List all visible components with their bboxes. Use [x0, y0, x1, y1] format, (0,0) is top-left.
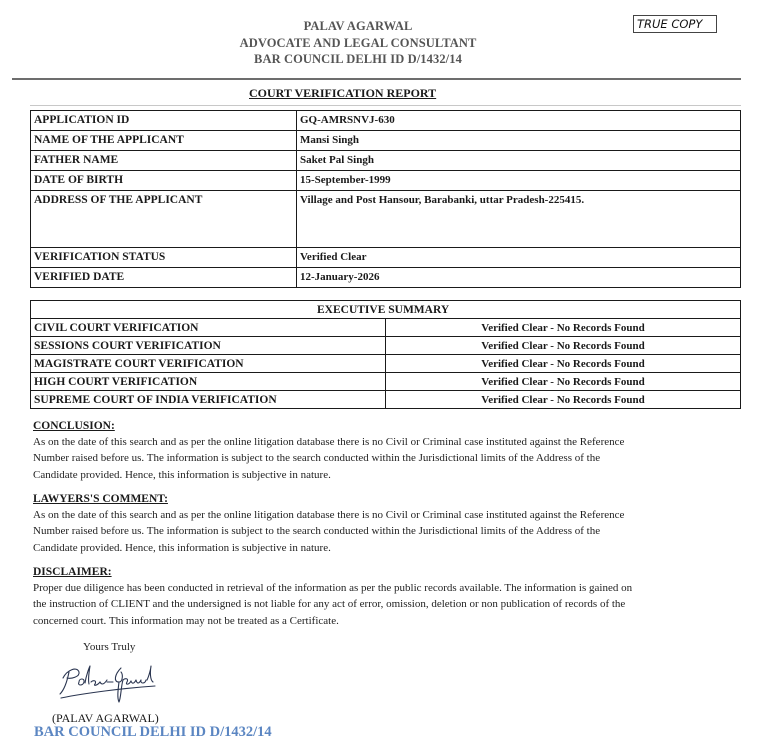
father-name-value: Saket Pal Singh: [297, 151, 741, 171]
lawyers-comment-line: As on the date of this search and as per…: [33, 507, 733, 523]
lawyers-comment-body: As on the date of this search and as per…: [33, 507, 733, 556]
verified-date-label: VERIFIED DATE: [31, 268, 297, 288]
table-row: SUPREME COURT OF INDIA VERIFICATION Veri…: [31, 391, 741, 409]
table-row: DATE OF BIRTH 15-September-1999: [31, 171, 741, 191]
lawyers-comment-line: Candidate provided. Hence, this informat…: [33, 540, 733, 556]
signature-icon: [55, 660, 160, 708]
disclaimer-body: Proper due diligence has been conducted …: [33, 580, 733, 629]
verified-date-value: 12-January-2026: [297, 268, 741, 288]
table-row: FATHER NAME Saket Pal Singh: [31, 151, 741, 171]
header-divider: [12, 78, 741, 80]
high-court-result: Verified Clear - No Records Found: [386, 373, 741, 391]
verification-status-label: VERIFICATION STATUS: [31, 248, 297, 268]
civil-court-result: Verified Clear - No Records Found: [386, 319, 741, 337]
lawyers-comment-heading: LAWYERS'S COMMENT:: [33, 492, 733, 507]
advocate-name: PALAV AGARWAL: [200, 18, 516, 35]
executive-summary-table: EXECUTIVE SUMMARY CIVIL COURT VERIFICATI…: [30, 300, 741, 409]
applicant-name-value: Mansi Singh: [297, 131, 741, 151]
disclaimer-line: concerned court. This information may no…: [33, 613, 733, 629]
applicant-name-label: NAME OF THE APPLICANT: [31, 131, 297, 151]
table-header-row: EXECUTIVE SUMMARY: [31, 301, 741, 319]
signatory-bar-id: BAR COUNCIL DELHI ID D/1432/14: [34, 724, 272, 741]
conclusion-line: Candidate provided. Hence, this informat…: [33, 467, 733, 483]
table-row: VERIFICATION STATUS Verified Clear: [31, 248, 741, 268]
table-row: MAGISTRATE COURT VERIFICATION Verified C…: [31, 355, 741, 373]
table-row: CIVIL COURT VERIFICATION Verified Clear …: [31, 319, 741, 337]
dob-label: DATE OF BIRTH: [31, 171, 297, 191]
table-row: VERIFIED DATE 12-January-2026: [31, 268, 741, 288]
table-row: HIGH COURT VERIFICATION Verified Clear -…: [31, 373, 741, 391]
sessions-court-label: SESSIONS COURT VERIFICATION: [31, 337, 386, 355]
verification-status-value: Verified Clear: [297, 248, 741, 268]
advocate-title: ADVOCATE AND LEGAL CONSULTANT: [200, 35, 516, 52]
conclusion-line: Number raised before us. The information…: [33, 450, 733, 466]
application-id-label: APPLICATION ID: [31, 111, 297, 131]
supreme-court-label: SUPREME COURT OF INDIA VERIFICATION: [31, 391, 386, 409]
lawyers-comment-section: LAWYERS'S COMMENT: As on the date of thi…: [33, 492, 733, 556]
civil-court-label: CIVIL COURT VERIFICATION: [31, 319, 386, 337]
executive-summary-heading: EXECUTIVE SUMMARY: [31, 301, 741, 319]
conclusion-line: As on the date of this search and as per…: [33, 434, 733, 450]
conclusion-heading: CONCLUSION:: [33, 419, 733, 434]
table-row: ADDRESS OF THE APPLICANT Village and Pos…: [31, 191, 741, 248]
table-row: SESSIONS COURT VERIFICATION Verified Cle…: [31, 337, 741, 355]
magistrate-court-label: MAGISTRATE COURT VERIFICATION: [31, 355, 386, 373]
father-name-label: FATHER NAME: [31, 151, 297, 171]
disclaimer-heading: DISCLAIMER:: [33, 565, 733, 580]
disclaimer-line: Proper due diligence has been conducted …: [33, 580, 733, 596]
report-title: COURT VERIFICATION REPORT: [249, 86, 436, 101]
true-copy-stamp: TRUE COPY: [633, 15, 717, 33]
bar-council-id: BAR COUNCIL DELHI ID D/1432/14: [200, 51, 516, 68]
title-divider: [30, 105, 741, 106]
high-court-label: HIGH COURT VERIFICATION: [31, 373, 386, 391]
address-value: Village and Post Hansour, Barabanki, utt…: [297, 191, 741, 248]
application-id-value: GQ-AMRSNVJ-630: [297, 111, 741, 131]
magistrate-court-result: Verified Clear - No Records Found: [386, 355, 741, 373]
table-row: APPLICATION ID GQ-AMRSNVJ-630: [31, 111, 741, 131]
conclusion-section: CONCLUSION: As on the date of this searc…: [33, 419, 733, 483]
conclusion-body: As on the date of this search and as per…: [33, 434, 733, 483]
table-row: NAME OF THE APPLICANT Mansi Singh: [31, 131, 741, 151]
disclaimer-section: DISCLAIMER: Proper due diligence has bee…: [33, 565, 733, 629]
closing-text: Yours Truly: [83, 641, 135, 653]
sessions-court-result: Verified Clear - No Records Found: [386, 337, 741, 355]
supreme-court-result: Verified Clear - No Records Found: [386, 391, 741, 409]
dob-value: 15-September-1999: [297, 171, 741, 191]
disclaimer-line: the instruction of CLIENT and the unders…: [33, 596, 733, 612]
letterhead: PALAV AGARWAL ADVOCATE AND LEGAL CONSULT…: [200, 18, 516, 68]
lawyers-comment-line: Number raised before us. The information…: [33, 523, 733, 539]
address-label: ADDRESS OF THE APPLICANT: [31, 191, 297, 248]
applicant-details-table: APPLICATION ID GQ-AMRSNVJ-630 NAME OF TH…: [30, 110, 741, 288]
